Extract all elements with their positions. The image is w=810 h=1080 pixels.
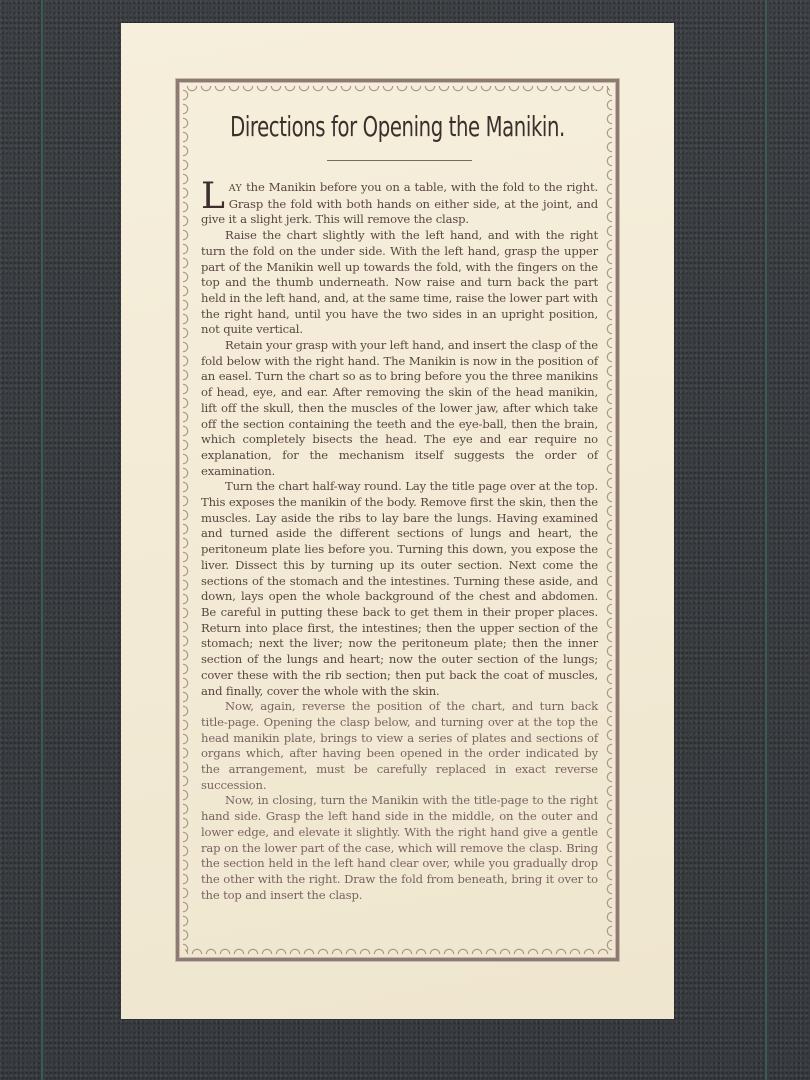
paragraph-6: Now, in closing, turn the Manikin with t… — [201, 793, 598, 903]
directions-body: LAY the Manikin before you on a table, w… — [201, 180, 598, 903]
paragraph-4: Turn the chart half-way round. Lay the t… — [201, 479, 598, 699]
title-divider — [327, 160, 472, 161]
instruction-card: Directions for Opening the Manikin. LAY … — [121, 23, 674, 1019]
cover-spine-groove-left — [40, 0, 44, 1080]
page-title: Directions for Opening the Manikin. — [227, 110, 568, 143]
ornamental-border: Directions for Opening the Manikin. LAY … — [176, 79, 619, 961]
cover-spine-groove-right — [764, 0, 768, 1080]
paragraph-1: LAY the Manikin before you on a table, w… — [201, 180, 598, 228]
drop-cap: L — [201, 182, 225, 212]
scallop-border-bottom — [185, 946, 610, 954]
paragraph-5: Now, again, reverse the position of the … — [201, 699, 598, 793]
paragraph-3: Retain your grasp with your left hand, a… — [201, 338, 598, 479]
scallop-border-right — [604, 88, 612, 952]
paragraph-1-text: the Manikin before you on a table, with … — [201, 180, 598, 226]
paragraph-2: Raise the chart slightly with the left h… — [201, 228, 598, 338]
scallop-border-left — [183, 88, 191, 952]
scallop-border-top — [185, 86, 610, 94]
lead-in: AY — [229, 183, 242, 194]
